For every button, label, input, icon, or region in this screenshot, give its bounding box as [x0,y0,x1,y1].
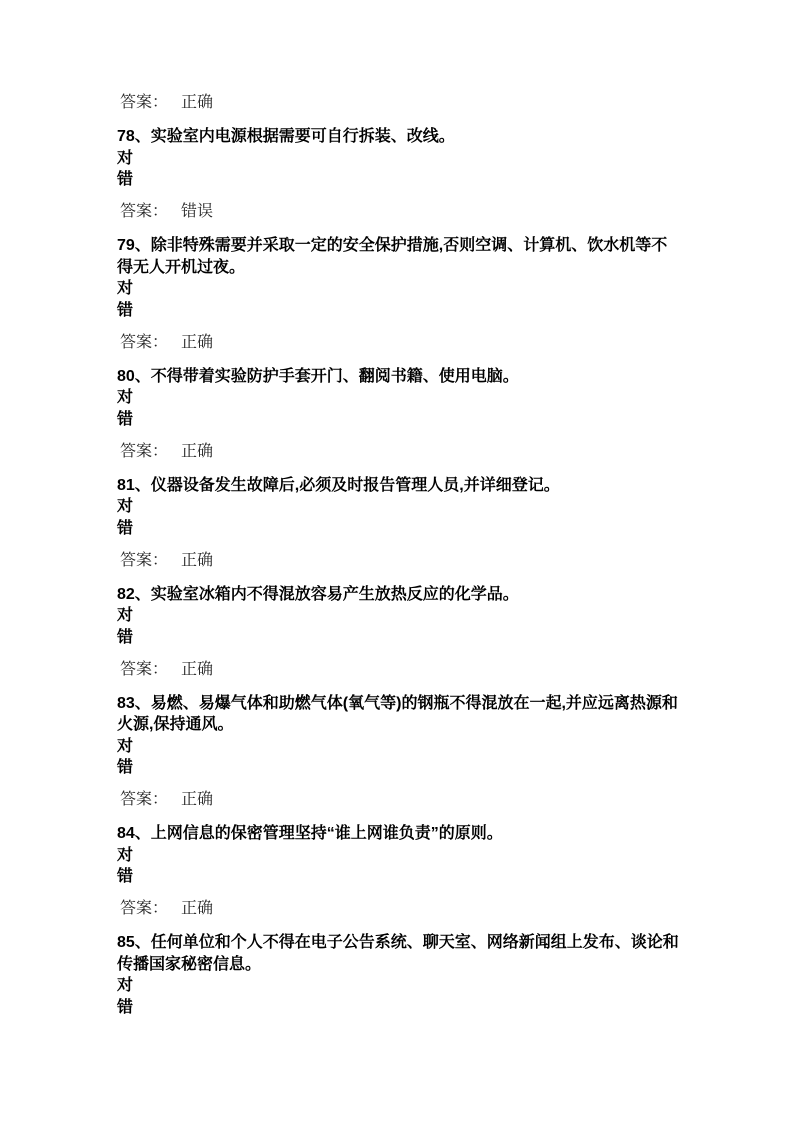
answer-label: 答案： [120,334,168,351]
answer-label: 答案： [120,552,168,569]
option-false: 错 [117,302,133,319]
question-block: 78、实验室内电源根据需要可自行拆装、改线。对错 答案：错误 [117,126,681,223]
question-paragraph: 80、不得带着实验防护手套开门、翻阅书籍、使用电脑。对错 [117,366,681,431]
answer-line: 答案：正确 [117,659,681,681]
question-block: 85、任何单位和个人不得在电子公告系统、聊天室、网络新闻组上发布、谈论和传播国家… [117,932,681,1018]
answer-value: 正确 [181,94,213,111]
answer-line: 答案：正确 [117,898,681,920]
option-false: 错 [117,999,133,1016]
question-text: 82、实验室冰箱内不得混放容易产生放热反应的化学品。 [117,586,519,603]
answer-label: 答案： [120,791,168,808]
question-paragraph: 78、实验室内电源根据需要可自行拆装、改线。对错 [117,126,681,191]
option-true: 对 [117,977,133,994]
option-true: 对 [117,498,133,515]
answer-line-previous-question: 答案：正确 [117,92,681,114]
question-paragraph: 83、易燃、易爆气体和助燃气体(氧气等)的钢瓶不得混放在一起,并应远离热源和火源… [117,693,681,779]
option-false: 错 [117,411,133,428]
answer-line: 答案：正确 [117,789,681,811]
answer-label: 答案： [120,661,168,678]
question-paragraph: 85、任何单位和个人不得在电子公告系统、聊天室、网络新闻组上发布、谈论和传播国家… [117,932,681,1018]
option-true: 对 [117,607,133,624]
answer-label: 答案： [120,203,168,220]
question-text: 78、实验室内电源根据需要可自行拆装、改线。 [117,128,455,145]
option-false: 错 [117,171,133,188]
question-block: 84、上网信息的保密管理坚持“谁上网谁负责”的原则。对错 答案：正确 [117,823,681,920]
answer-value: 正确 [181,443,213,460]
document-page: 答案：正确 78、实验室内电源根据需要可自行拆装、改线。对错 答案：错误 79、… [0,0,793,1122]
answer-value: 正确 [181,661,213,678]
option-true: 对 [117,280,133,297]
question-paragraph: 82、实验室冰箱内不得混放容易产生放热反应的化学品。对错 [117,584,681,649]
question-paragraph: 81、仪器设备发生故障后,必须及时报告管理人员,并详细登记。对错 [117,475,681,540]
option-true: 对 [117,150,133,167]
question-paragraph: 79、除非特殊需要并采取一定的安全保护措施,否则空调、计算机、饮水机等不得无人开… [117,235,681,321]
question-block: 83、易燃、易爆气体和助燃气体(氧气等)的钢瓶不得混放在一起,并应远离热源和火源… [117,693,681,811]
option-true: 对 [117,847,133,864]
question-text: 80、不得带着实验防护手套开门、翻阅书籍、使用电脑。 [117,368,519,385]
answer-line: 答案：正确 [117,441,681,463]
question-text: 85、任何单位和个人不得在电子公告系统、聊天室、网络新闻组上发布、谈论和传播国家… [117,934,679,973]
question-text: 79、除非特殊需要并采取一定的安全保护措施,否则空调、计算机、饮水机等不得无人开… [117,237,667,276]
answer-line: 答案：错误 [117,201,681,223]
option-false: 错 [117,520,133,537]
question-text: 81、仪器设备发生故障后,必须及时报告管理人员,并详细登记。 [117,477,560,494]
answer-line: 答案：正确 [117,550,681,572]
answer-value: 错误 [181,203,213,220]
answer-label: 答案： [120,443,168,460]
option-true: 对 [117,738,133,755]
answer-label: 答案： [120,900,168,917]
answer-value: 正确 [181,900,213,917]
answer-value: 正确 [181,791,213,808]
option-false: 错 [117,759,133,776]
answer-value: 正确 [181,552,213,569]
question-text: 83、易燃、易爆气体和助燃气体(氧气等)的钢瓶不得混放在一起,并应远离热源和火源… [117,695,678,734]
answer-label: 答案： [120,94,168,111]
answer-line: 答案：正确 [117,332,681,354]
answer-value: 正确 [181,334,213,351]
question-paragraph: 84、上网信息的保密管理坚持“谁上网谁负责”的原则。对错 [117,823,681,888]
question-block: 80、不得带着实验防护手套开门、翻阅书籍、使用电脑。对错 答案：正确 [117,366,681,463]
option-false: 错 [117,629,133,646]
question-block: 79、除非特殊需要并采取一定的安全保护措施,否则空调、计算机、饮水机等不得无人开… [117,235,681,353]
option-true: 对 [117,389,133,406]
question-block: 81、仪器设备发生故障后,必须及时报告管理人员,并详细登记。对错 答案：正确 [117,475,681,572]
question-block: 82、实验室冰箱内不得混放容易产生放热反应的化学品。对错 答案：正确 [117,584,681,681]
option-false: 错 [117,868,133,885]
question-list: 78、实验室内电源根据需要可自行拆装、改线。对错 答案：错误 79、除非特殊需要… [117,126,681,1018]
question-text: 84、上网信息的保密管理坚持“谁上网谁负责”的原则。 [117,825,503,842]
